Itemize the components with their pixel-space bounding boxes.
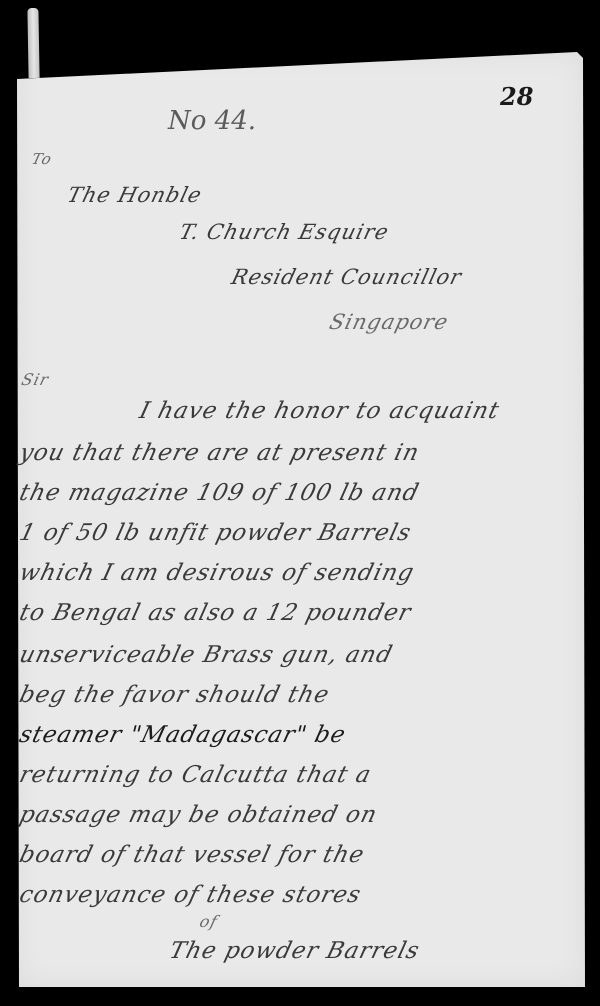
body-line: the magazine 109 of 100 lb and — [17, 480, 422, 506]
letter-number: No 44. — [168, 106, 256, 136]
body-line: 1 of 50 lb unfit powder Barrels — [17, 520, 414, 546]
body-line: returning to Calcutta that a — [17, 762, 374, 788]
body-line: passage may be obtained on — [17, 802, 380, 828]
address-line: The Honble — [65, 183, 205, 207]
body-line: to Bengal as also a 12 pounder — [17, 600, 414, 626]
body-line: The powder Barrels — [167, 938, 423, 964]
greeting: Sir — [20, 370, 51, 389]
body-line: I have the honor to acquaint — [137, 398, 503, 424]
body-line: conveyance of these stores — [17, 882, 364, 908]
body-line: beg the favor should the — [17, 682, 333, 708]
address-line: T. Church Esquire — [177, 220, 392, 244]
page-number: 28 — [500, 82, 533, 111]
body-line: steamer "Madagascar" be — [17, 722, 349, 748]
body-line: you that there are at present in — [17, 440, 423, 466]
paper-tab — [27, 8, 39, 78]
address-line: Resident Councillor — [229, 265, 465, 289]
body-line: board of that vessel for the — [17, 842, 368, 868]
body-line: which I am desirous of sending — [17, 560, 417, 586]
body-line: unserviceable Brass gun, and — [17, 642, 396, 668]
address-line: Singapore — [327, 310, 451, 334]
